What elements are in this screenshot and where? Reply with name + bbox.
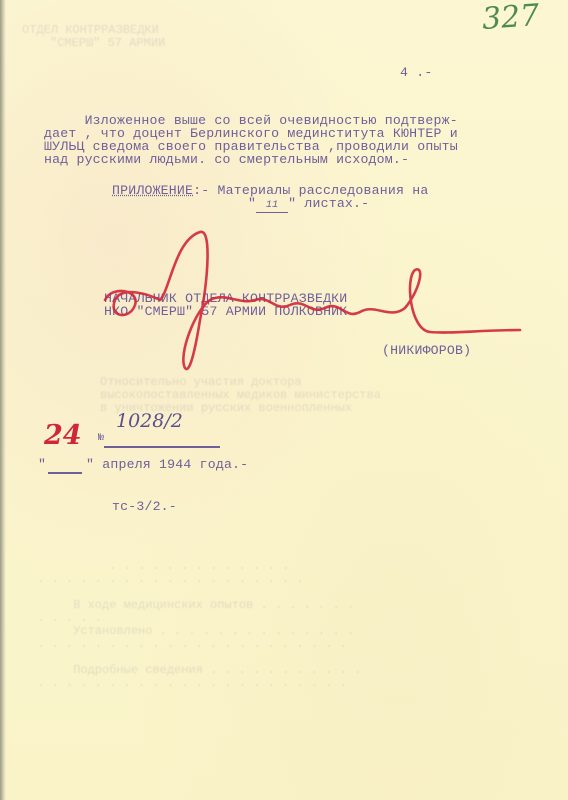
date-line: " апреля 1944 года.- [86,458,248,471]
registration-number-underline [104,446,220,448]
date-quote-open: " [38,458,46,471]
bleed-through-text: Относительно участия доктора высокопоста… [100,376,381,415]
date-text: апреля 1944 года.- [94,457,248,472]
scanned-document-page: ОТДЕЛ КОНТРРАЗВЕДКИ "СМЕРШ" 57 АРМИИ 327… [0,0,568,800]
number-sign: № [98,432,104,445]
date-quote-close: " [86,457,94,472]
date-day-underline [48,472,82,474]
reference-code: тс-3/2.- [112,500,177,513]
date-day-handwritten: 24 [44,420,82,451]
bleed-through-text: . . . . . . . . . . . . . . . . . . . . … [30,560,361,690]
